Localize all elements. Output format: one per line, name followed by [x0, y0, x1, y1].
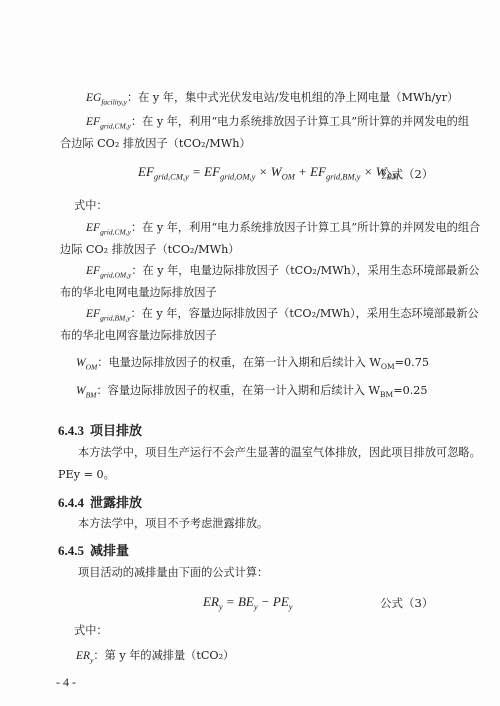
weight-value: =0.25 — [393, 384, 427, 397]
weight-text: ：容量边际排放因子的权重，在第一计入期和后续计入 W — [96, 384, 380, 397]
symbol-ef-om: EFgrid,OM,y — [86, 265, 131, 277]
definition-text: ：在 y 年，利用“电力系统排放因子计算工具”所计算的并网发电的组合 — [131, 221, 480, 234]
definition-er: ERy：第 y 年的减排量（tCO₂） — [76, 649, 234, 667]
symbol-ef-cm: EFgrid,CM,y — [86, 116, 131, 128]
weight-value: =0.75 — [395, 356, 429, 369]
symbol-eg: EGfacility,y — [86, 92, 127, 104]
section-paragraph: 项目活动的减排量由下面的公式计算： — [78, 566, 268, 580]
page-number: - 4 - — [56, 675, 76, 690]
section-paragraph: 本方法学中，项目不予考虑泄露排放。 — [78, 517, 268, 531]
formula-3: ERy = BEy − PEy — [203, 594, 293, 612]
section-heading-6-4-3: 6.4.3项目排放 — [58, 420, 142, 439]
weight-om: WOM：电量边际排放因子的权重，在第一计入期和后续计入 WOM=0.75 — [76, 356, 429, 374]
symbol-er: ERy — [76, 650, 93, 662]
symbol-ef-cm: EFgrid,CM,y — [86, 222, 131, 234]
definition-text: ：第 y 年的减排量（tCO₂） — [93, 649, 234, 662]
definition-text: ：在 y 年，集中式光伏发电站/发电机组的净上网电量（MWh/yr） — [127, 91, 458, 104]
symbol-w-bm: WBM — [76, 385, 96, 397]
section-heading-6-4-4: 6.4.4泄露排放 — [58, 492, 142, 511]
formula-3-label: 公式（3） — [380, 595, 433, 611]
definition-text: ：在 y 年，利用“电力系统排放因子计算工具”所计算的并网发电的组 — [131, 115, 469, 128]
where-label: 式中： — [74, 624, 108, 638]
definition-ef-om: EFgrid,OM,y：在 y 年，电量边际排放因子（tCO₂/MWh），采用生… — [86, 264, 479, 282]
definition-continuation: 布的华北电网容量边际排放因子 — [60, 329, 217, 343]
definition-ef-cm: EFgrid,CM,y：在 y 年，利用“电力系统排放因子计算工具”所计算的并网… — [86, 221, 480, 239]
section-heading-6-4-5: 6.4.5减排量 — [58, 540, 129, 559]
definition-ef-bm: EFgrid,BM,y：在 y 年，容量边际排放因子（tCO₂/MWh），采用生… — [86, 307, 479, 325]
definition-text: ：在 y 年，电量边际排放因子（tCO₂/MWh），采用生态环境部最新公 — [131, 264, 479, 277]
definition-ef-cm-top: EFgrid,CM,y：在 y 年，利用“电力系统排放因子计算工具”所计算的并网… — [86, 115, 469, 133]
section-paragraph-cont: PEy = 0。 — [58, 468, 115, 482]
section-paragraph: 本方法学中，项目生产运行不会产生显著的温室气体排放，因此项目排放可忽略。 — [78, 446, 481, 460]
formula-2: EFgrid,CM,y = EFgrid,OM,y × WOM + EFgrid… — [138, 164, 399, 182]
definition-text: ：在 y 年，容量边际排放因子（tCO₂/MWh），采用生态环境部最新公 — [130, 307, 478, 320]
definition-eg-facility: EGfacility,y：在 y 年，集中式光伏发电站/发电机组的净上网电量（M… — [86, 91, 458, 109]
definition-continuation: 合边际 CO₂ 排放因子（tCO₂/MWh） — [60, 137, 251, 151]
formula-2-label: 公式（2） — [380, 166, 433, 182]
definition-continuation: 布的华北电网电量边际排放因子 — [60, 286, 217, 300]
symbol-w-om: WOM — [76, 357, 97, 369]
definition-continuation: 边际 CO₂ 排放因子（tCO₂/MWh） — [60, 243, 239, 257]
weight-bm: WBM：容量边际排放因子的权重，在第一计入期和后续计入 WBM=0.25 — [76, 384, 428, 402]
where-label: 式中： — [74, 199, 108, 213]
symbol-ef-bm: EFgrid,BM,y — [86, 308, 130, 320]
weight-text: ：电量边际排放因子的权重，在第一计入期和后续计入 W — [97, 356, 381, 369]
